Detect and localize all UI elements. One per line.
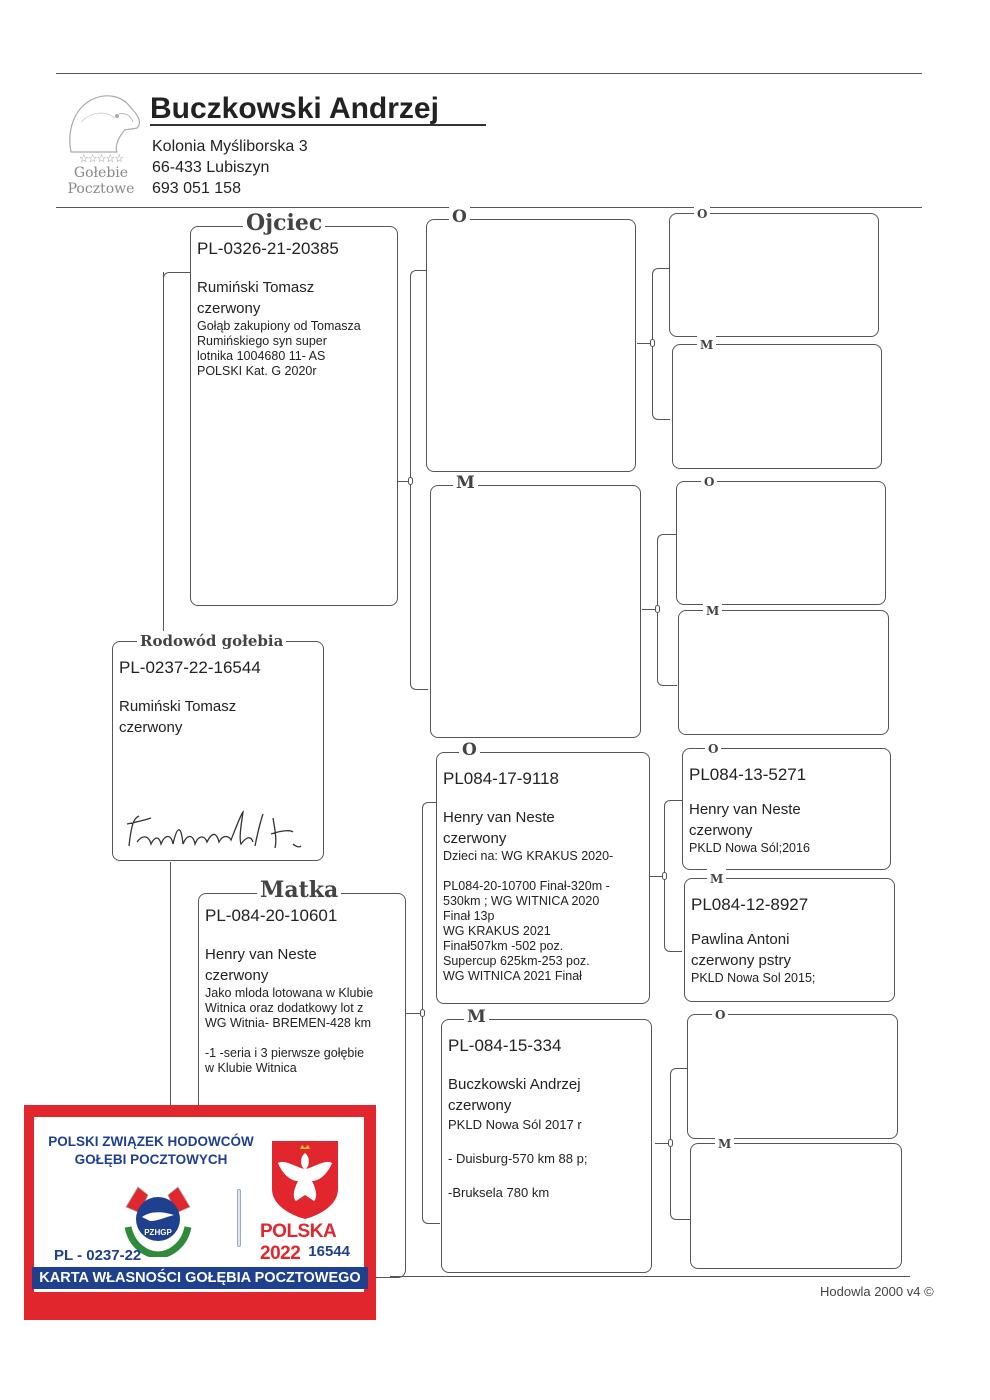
card-staple bbox=[237, 1189, 241, 1247]
pedigree-box-fmf: O bbox=[676, 481, 886, 605]
pigeon-note: Jako mloda lotowana w Klubie Witnica ora… bbox=[205, 986, 401, 1076]
breeder-logo: ☆☆☆☆☆ Gołebie Pocztowe bbox=[58, 92, 144, 202]
connector-subject-father-bracket bbox=[163, 272, 191, 282]
box-legend: O bbox=[701, 472, 717, 492]
card-ring-prefix: PL - 0237-22 bbox=[54, 1247, 141, 1264]
connector-knot bbox=[420, 1009, 425, 1017]
pedigree-box-mfm: M PL084-12-8927 Pawlina Antoni czerwony … bbox=[684, 878, 895, 1002]
box-legend: O bbox=[459, 740, 480, 760]
pigeon-note: PKLD Nowa Sól;2016 bbox=[689, 841, 886, 856]
box-legend: O bbox=[705, 739, 721, 759]
connector-fm-bracket bbox=[657, 534, 677, 686]
logo-stars: ☆☆☆☆☆ bbox=[58, 154, 144, 165]
breeder-name-underline bbox=[150, 124, 486, 126]
card-ring-number: 16544 bbox=[308, 1243, 350, 1260]
ownership-card: POLSKI ZWIĄZEK HODOWCÓW GOŁĘBI POCZTOWYC… bbox=[24, 1105, 376, 1320]
connector-subject-father bbox=[163, 272, 164, 642]
box-legend: M bbox=[464, 1007, 489, 1027]
pedigree-box-mmm: M bbox=[690, 1143, 902, 1269]
footer-rule bbox=[390, 1276, 910, 1277]
ownership-card-inner: POLSKI ZWIĄZEK HODOWCÓW GOŁĘBI POCZTOWYC… bbox=[34, 1117, 364, 1292]
pedigree-box-fm: M bbox=[430, 485, 641, 738]
pigeon-head-icon bbox=[61, 92, 141, 154]
pedigree-box-father: Ojciec PL-0326-21-20385 Rumiński Tomasz … bbox=[190, 226, 398, 606]
ring-number: PL084-13-5271 bbox=[689, 765, 886, 785]
breeder-owner: Pawlina Antoni bbox=[691, 929, 890, 950]
pedigree-box-mf: O PL084-17-9118 Henry van Neste czerwony… bbox=[436, 752, 650, 1004]
box-legend: M bbox=[703, 601, 722, 621]
breeder-address-line1: Kolonia Myśliborska 3 bbox=[152, 138, 308, 156]
ring-number: PL-084-20-10601 bbox=[205, 906, 401, 926]
pedigree-box-mff: O PL084-13-5271 Henry van Neste czerwony… bbox=[682, 748, 891, 870]
pedigree-box-mm: M PL-084-15-334 Buczkowski Andrzej czerw… bbox=[441, 1019, 652, 1273]
pigeon-note: Gołąb zakupiony od Tomasza Rumińskiego s… bbox=[197, 319, 393, 379]
connector-knot bbox=[662, 872, 667, 880]
box-legend: M bbox=[453, 473, 478, 493]
logo-text-line1: Gołebie bbox=[58, 165, 144, 181]
connector-knot bbox=[408, 477, 413, 485]
box-legend: Rodowód gołebia bbox=[137, 631, 286, 651]
connector-knot bbox=[650, 339, 655, 347]
pigeon-color: czerwony bbox=[119, 717, 319, 738]
signature bbox=[123, 806, 313, 856]
pigeon-color: czerwony bbox=[443, 828, 645, 849]
breeder-owner: Rumiński Tomasz bbox=[119, 696, 319, 717]
ring-number: PL-0237-22-16544 bbox=[119, 658, 319, 678]
card-title-band: KARTA WŁASNOŚCI GOŁĘBIA POCZTOWEGO bbox=[32, 1267, 368, 1289]
pzhgp-logo-text: PZHGP bbox=[144, 1228, 172, 1237]
box-legend: Ojciec bbox=[243, 213, 325, 233]
breeder-phone: 693 051 158 bbox=[152, 180, 241, 198]
polish-eagle-emblem-icon bbox=[270, 1139, 340, 1219]
pzhgp-logo-icon: PZHGP bbox=[118, 1177, 198, 1257]
pigeon-color: czerwony bbox=[689, 820, 886, 841]
connector-knot bbox=[668, 1139, 673, 1147]
box-legend: O bbox=[712, 1005, 728, 1025]
pedigree-box-fmm: M bbox=[678, 610, 889, 735]
pigeon-note: PKLD Nowa Sól 2017 r - Duisburg-570 km 8… bbox=[448, 1116, 647, 1201]
box-legend: M bbox=[697, 335, 716, 355]
breeder-owner: Henry van Neste bbox=[205, 944, 401, 965]
breeder-owner: Buczkowski Andrzej bbox=[448, 1074, 647, 1095]
card-org-line1: POLSKI ZWIĄZEK HODOWCÓW bbox=[46, 1133, 256, 1151]
pedigree-box-ffm: M bbox=[672, 344, 882, 469]
box-legend: Matka bbox=[257, 880, 341, 900]
pigeon-color: czerwony pstry bbox=[691, 950, 890, 971]
box-legend: M bbox=[707, 869, 726, 889]
pedigree-box-mmf: O bbox=[687, 1014, 898, 1139]
connector-knot bbox=[655, 605, 660, 613]
breeder-owner: Henry van Neste bbox=[443, 807, 645, 828]
ring-number: PL084-17-9118 bbox=[443, 769, 645, 789]
ring-number: PL084-12-8927 bbox=[691, 895, 890, 915]
pedigree-box-ff: O bbox=[426, 219, 636, 472]
pigeon-color: czerwony bbox=[448, 1095, 647, 1116]
pedigree-box-fff: O bbox=[669, 213, 879, 337]
header-top-rule bbox=[56, 73, 922, 74]
ring-number: PL-084-15-334 bbox=[448, 1036, 647, 1056]
breeder-owner: Henry van Neste bbox=[689, 799, 886, 820]
logo-text-line2: Pocztowe bbox=[58, 181, 144, 197]
software-credit: Hodowla 2000 v4 © bbox=[820, 1284, 934, 1299]
pigeon-note: Dzieci na: WG KRAKUS 2020- PL084-20-1070… bbox=[443, 849, 645, 984]
connector-subject-mother bbox=[170, 862, 171, 1122]
pigeon-note: PKLD Nowa Sol 2015; bbox=[691, 971, 890, 986]
ring-number: PL-0326-21-20385 bbox=[197, 239, 393, 259]
box-legend: O bbox=[694, 204, 710, 224]
card-org-line2: GOŁĘBI POCZTOWYCH bbox=[46, 1151, 256, 1169]
breeder-owner: Rumiński Tomasz bbox=[197, 277, 393, 298]
card-organization: POLSKI ZWIĄZEK HODOWCÓW GOŁĘBI POCZTOWYC… bbox=[46, 1133, 256, 1169]
breeder-address-line2: 66-433 Lubiszyn bbox=[152, 159, 269, 177]
box-legend: M bbox=[715, 1134, 734, 1154]
pigeon-color: czerwony bbox=[197, 298, 393, 319]
pedigree-box-subject: Rodowód gołebia PL-0237-22-16544 Rumińsk… bbox=[112, 641, 324, 861]
box-legend: O bbox=[449, 207, 470, 227]
breeder-name: Buczkowski Andrzej bbox=[150, 92, 439, 126]
header-bottom-rule bbox=[56, 207, 922, 208]
pigeon-color: czerwony bbox=[205, 965, 401, 986]
